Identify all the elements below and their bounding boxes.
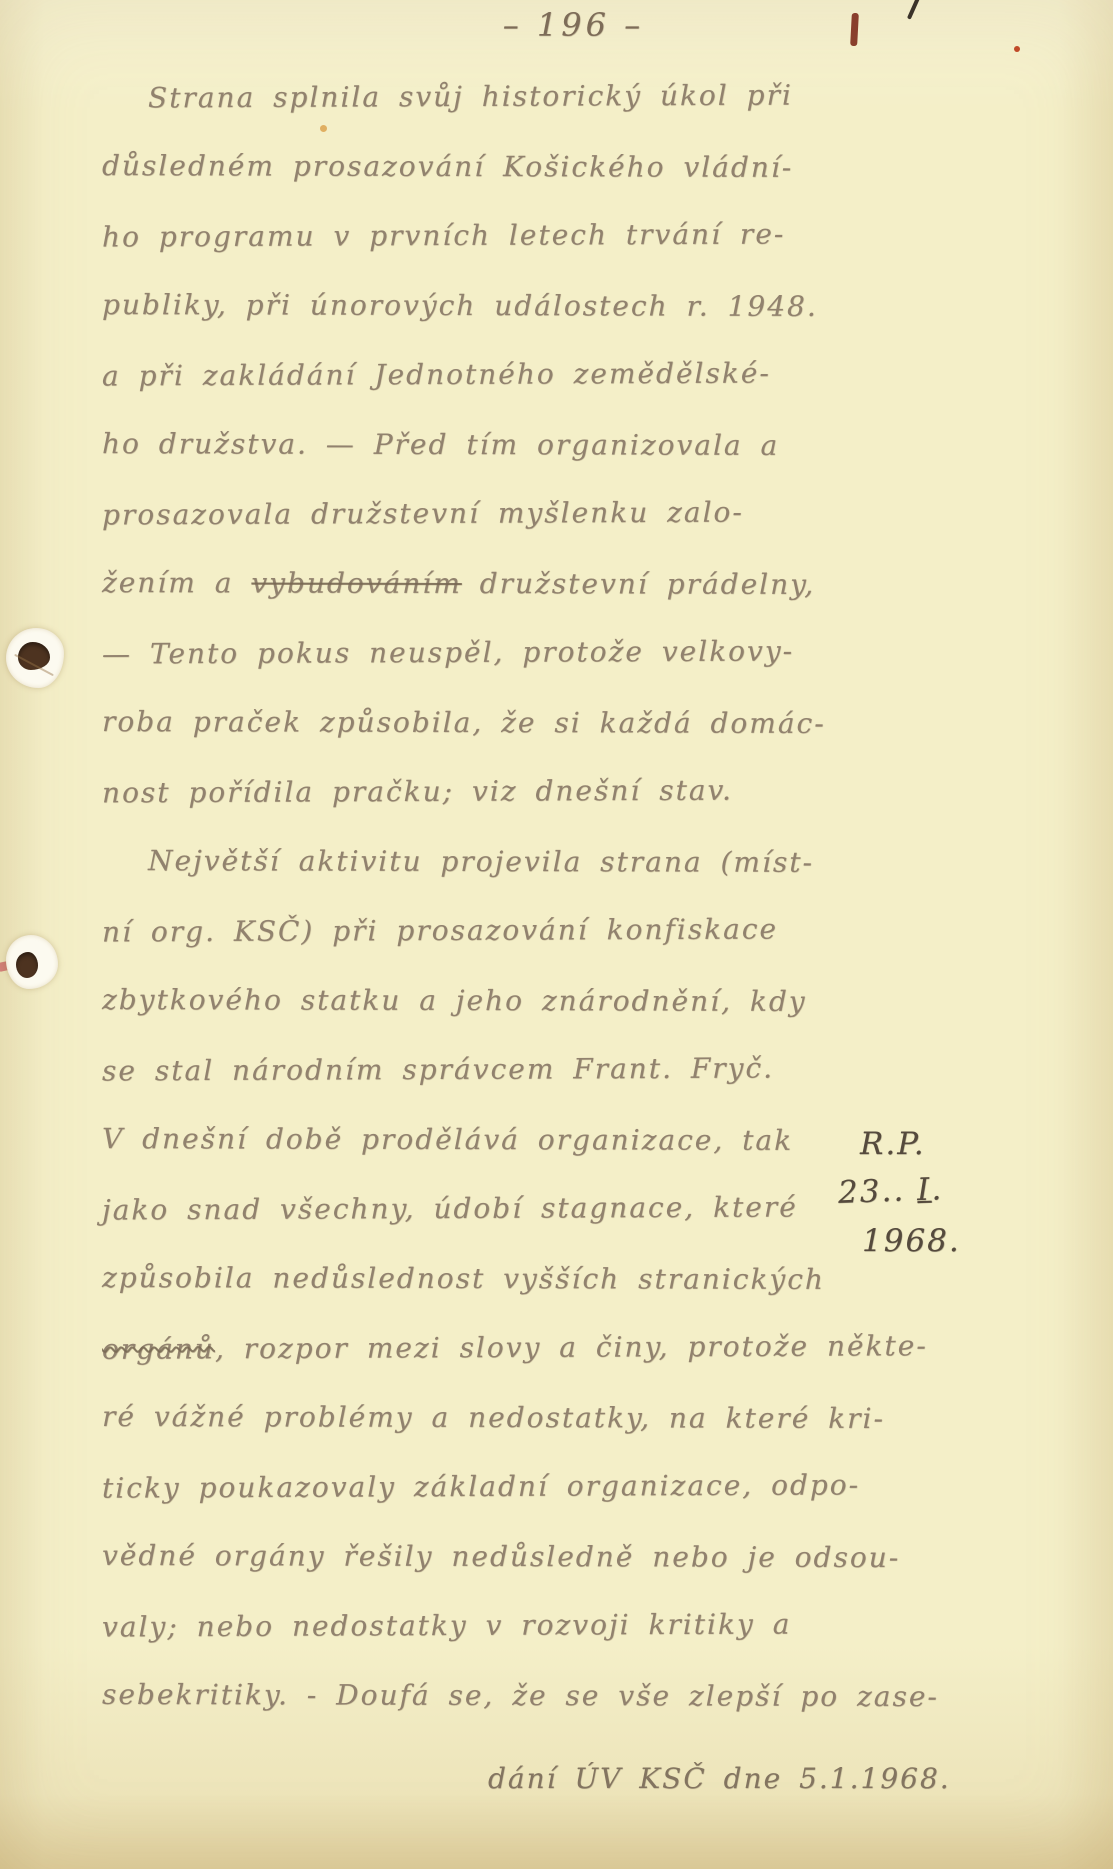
handwritten-line: prosazovala družstevní myšlenku zalo- [102,499,744,530]
handwritten-line: jako snad všechny, údobí stagnace, které [102,1193,798,1224]
handwritten-line: sebekritiky. - Doufá se, že se vše zlepš… [102,1680,939,1710]
handwritten-line: publiky, při únorových událostech r. 194… [102,291,818,321]
handwritten-line: a při zakládání Jednotného zemědělské- [102,360,771,391]
page-number: – 196 – [503,6,644,44]
punch-hole-top [4,624,68,694]
handwritten-line: se stal národním správcem Frant. Fryč. [102,1055,774,1086]
red-ink-mark [850,13,859,46]
handwritten-line: způsobila nedůslednost vyšších stranický… [102,1264,825,1294]
handwritten-line: V dnešní době prodělává organizace, tak [102,1125,793,1155]
handwritten-line: orgánů, rozpor mezi slovy a činy, protož… [102,1332,928,1364]
handwritten-line: vědné orgány řešily nedůsledně nebo je o… [102,1541,900,1571]
handwritten-line: ré vážné problémy a nedostatky, na které… [102,1402,885,1432]
ink-stroke-mark [907,0,921,20]
handwritten-line: Největší aktivitu projevila strana (míst… [148,847,814,877]
handwritten-line: ho družstva. — Před tím organizovala a [102,430,779,460]
handwritten-line: zbytkového statku a jeho znárodnění, kdy [102,986,807,1016]
margin-note-line: 23.. I. [837,1171,943,1211]
handwritten-line: Strana splnila svůj historický úkol při [148,82,793,113]
punch-hole-bottom [0,932,66,998]
closing-line: dání ÚV KSČ dne 5.1.1968. [488,1762,951,1795]
handwritten-line: ticky poukazovaly základní organizace, o… [102,1471,860,1502]
handwritten-line: ho programu v prvních letech trvání re- [102,221,785,252]
paper-speck [320,125,327,132]
handwritten-line: ní org. KSČ) při prosazování konfiskace [102,916,778,947]
margin-note-line: 1968. [862,1223,961,1259]
handwritten-line: žením a vybudováním družstevní prádelny, [102,569,815,599]
red-speck [1014,46,1020,52]
handwritten-line: valy; nebo nedostatky v rozvoji kritiky … [102,1610,791,1641]
handwritten-line: nost pořídila pračku; viz dnešní stav. [102,777,733,808]
punch-hole-center [16,952,38,978]
handwritten-line: — Tento pokus neuspěl, protože velkovy- [102,637,794,668]
manuscript-page: – 196 – Strana splnila svůj historický ú… [0,0,1113,1869]
handwritten-line: důsledném prosazování Košického vládní- [102,152,793,182]
handwritten-line: roba praček způsobila, že si každá domác… [102,708,826,738]
margin-note-line: R.P. [860,1126,926,1162]
